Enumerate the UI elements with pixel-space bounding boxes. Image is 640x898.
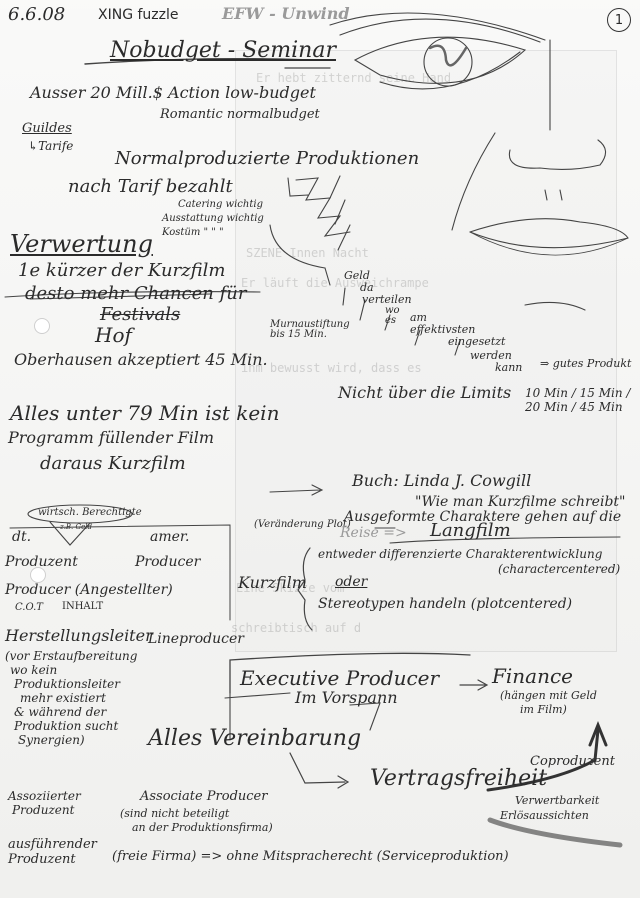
- normal-production-line-1: Normalproduzierte Produktionen: [115, 150, 419, 168]
- catering-note: Catering wichtig: [178, 200, 263, 210]
- money-note-word: verteilen: [362, 294, 412, 305]
- oberhausen-note: Oberhausen akzeptiert 45 Min.: [14, 352, 268, 368]
- budget-line-1: Ausser 20 Mill.$ Action low-budget: [30, 85, 316, 101]
- associate-note-2: an der Produktionsfirma): [132, 822, 273, 833]
- column-american: amer.: [150, 530, 190, 544]
- punch-hole: [34, 318, 50, 334]
- verwertung-heading: Verwertung: [10, 232, 153, 256]
- role-producer-employed: Producer (Angestellter): [5, 583, 173, 597]
- finance-note-2: im Film): [520, 704, 567, 715]
- lineproducer-note: (vor Erstaufbereitung: [5, 650, 137, 662]
- associate-en: Associate Producer: [140, 790, 267, 803]
- date-note: 6.6.08: [8, 6, 65, 24]
- role-herstellungsleiter: Herstellungsleiter: [5, 628, 153, 644]
- kurzfilm-oder: oder: [335, 575, 367, 589]
- column-german: dt.: [12, 530, 31, 544]
- feature-length-line-2: Programm füllender Film: [8, 430, 214, 446]
- kurzfilm-label: Kurzfilm: [238, 575, 307, 591]
- source-note: XING fuzzle: [98, 8, 179, 22]
- money-note-word: kann: [495, 362, 522, 373]
- limits-values-top: 10 Min / 15 Min /: [525, 387, 630, 399]
- vorspann-note: Im Vorspann: [295, 690, 398, 706]
- lineproducer-note: Produktion sucht: [14, 720, 118, 732]
- kurzfilm-langfilm: Langfilm: [430, 522, 511, 540]
- verwertung-line-1: 1e kürzer der Kurzfilm: [18, 262, 225, 280]
- executing-note: (freie Firma) => ohne Mitspracherecht (S…: [112, 850, 509, 863]
- money-note-word: es: [385, 316, 396, 326]
- kurzfilm-line-3b: (charactercentered): [498, 563, 620, 575]
- lineproducer-note: mehr existiert: [20, 692, 106, 704]
- kostuem-note: Kostüm " " ": [162, 228, 224, 238]
- kurzfilm-reise: Reise =>: [340, 526, 407, 540]
- associate-note-1: (sind nicht beteiligt: [120, 808, 229, 819]
- underlay-line: SZENE Innen Nacht: [246, 246, 369, 260]
- money-note-word: Geld: [344, 270, 370, 281]
- notebook-page: Er hebt zitternd seine Hand SZENE Innen …: [0, 0, 640, 898]
- erloesaussichten-label: Erlösaussichten: [500, 810, 589, 821]
- good-product-label: gutes Produkt: [553, 357, 632, 370]
- murnau-note: Murnaustiftung bis 15 Min.: [270, 320, 360, 340]
- tariffs-note: ↳Tarife: [28, 140, 73, 152]
- normal-production-line-2: nach Tarif bezahlt: [68, 178, 233, 196]
- underlay-line: ihm bewusst wird, dass es: [241, 361, 422, 375]
- underlay-line: Er läuft die Ausweichrampe: [241, 276, 429, 290]
- lineproducer-note: wo kein: [10, 664, 57, 676]
- lineproducer-note: Synergien): [18, 734, 85, 746]
- content-note: INHALT: [62, 602, 103, 612]
- finance-label: Finance: [492, 666, 573, 686]
- alles-vereinbarung: Alles Vereinbarung: [148, 728, 361, 750]
- limits-values-bottom: 20 Min / 45 Min: [525, 401, 623, 413]
- executing-de-2: Produzent: [8, 853, 76, 866]
- book-title: "Wie man Kurzfilme schreibt": [415, 495, 625, 509]
- faint-note: EFW - Unwind: [222, 6, 350, 22]
- vertragsfreiheit-label: Vertragsfreiheit: [370, 768, 547, 790]
- finance-note-1: (hängen mit Geld: [500, 690, 597, 701]
- money-note-result: ⇒ gutes Produkt: [540, 358, 631, 369]
- money-note-word: effektivsten: [410, 324, 475, 335]
- associate-de-1: Assoziierter: [8, 790, 81, 802]
- money-note-word: am: [410, 312, 427, 323]
- kurzfilm-line-4: Stereotypen handeln (plotcentered): [318, 597, 572, 611]
- tariffs-label: Tarife: [38, 139, 73, 153]
- money-note-word: werden: [470, 350, 512, 361]
- page-title: Nobudget - Seminar: [110, 40, 336, 62]
- executing-de-1: ausführender: [8, 838, 97, 851]
- beneficiary-bubble: wirtsch. Berechtigte: [38, 508, 142, 518]
- budget-line-2: Romantic normalbudget: [160, 108, 320, 121]
- money-note-word: da: [360, 282, 374, 293]
- lineproducer-note: Produktionsleiter: [14, 678, 120, 690]
- executive-producer-label: Executive Producer: [240, 668, 439, 688]
- underlay-line: schreibtisch auf d: [231, 621, 361, 635]
- ausstattung-note: Ausstattung wichtig: [162, 214, 264, 224]
- limits-note: Nicht über die Limits: [338, 385, 511, 401]
- lineproducer-note: & während der: [14, 706, 106, 718]
- feature-length-line-3: daraus Kurzfilm: [40, 455, 186, 473]
- kurzfilm-line-3: entweder differenzierte Charakterentwick…: [318, 548, 602, 560]
- hof-note: Hof: [95, 325, 132, 345]
- money-note-word: eingesetzt: [448, 336, 505, 347]
- role-produzent: Produzent: [5, 555, 78, 569]
- role-lineproducer: Lineproducer: [148, 632, 244, 646]
- verwertung-line-3: Festivals: [100, 306, 180, 324]
- plot-change-note: (Veränderung Plot): [254, 520, 351, 530]
- feature-length-line-1: Alles unter 79 Min ist kein: [10, 403, 279, 423]
- verwertbarkeit-label: Verwertbarkeit: [515, 795, 599, 806]
- verwertung-line-2: desto mehr Chancen für: [25, 285, 246, 303]
- coproduzent-label: Coproduzent: [530, 755, 615, 768]
- book-author: Buch: Linda J. Cowgill: [352, 473, 531, 489]
- role-producer: Producer: [135, 555, 200, 569]
- cot-note: C.O.T: [15, 603, 43, 613]
- associate-de-2: Produzent: [12, 804, 74, 816]
- page-number-badge: 1: [607, 8, 631, 32]
- guilds-note: Guildes: [22, 122, 72, 135]
- eyebrow-sketch: [330, 13, 545, 40]
- money-triangle-note: z.B. Geld: [60, 524, 92, 531]
